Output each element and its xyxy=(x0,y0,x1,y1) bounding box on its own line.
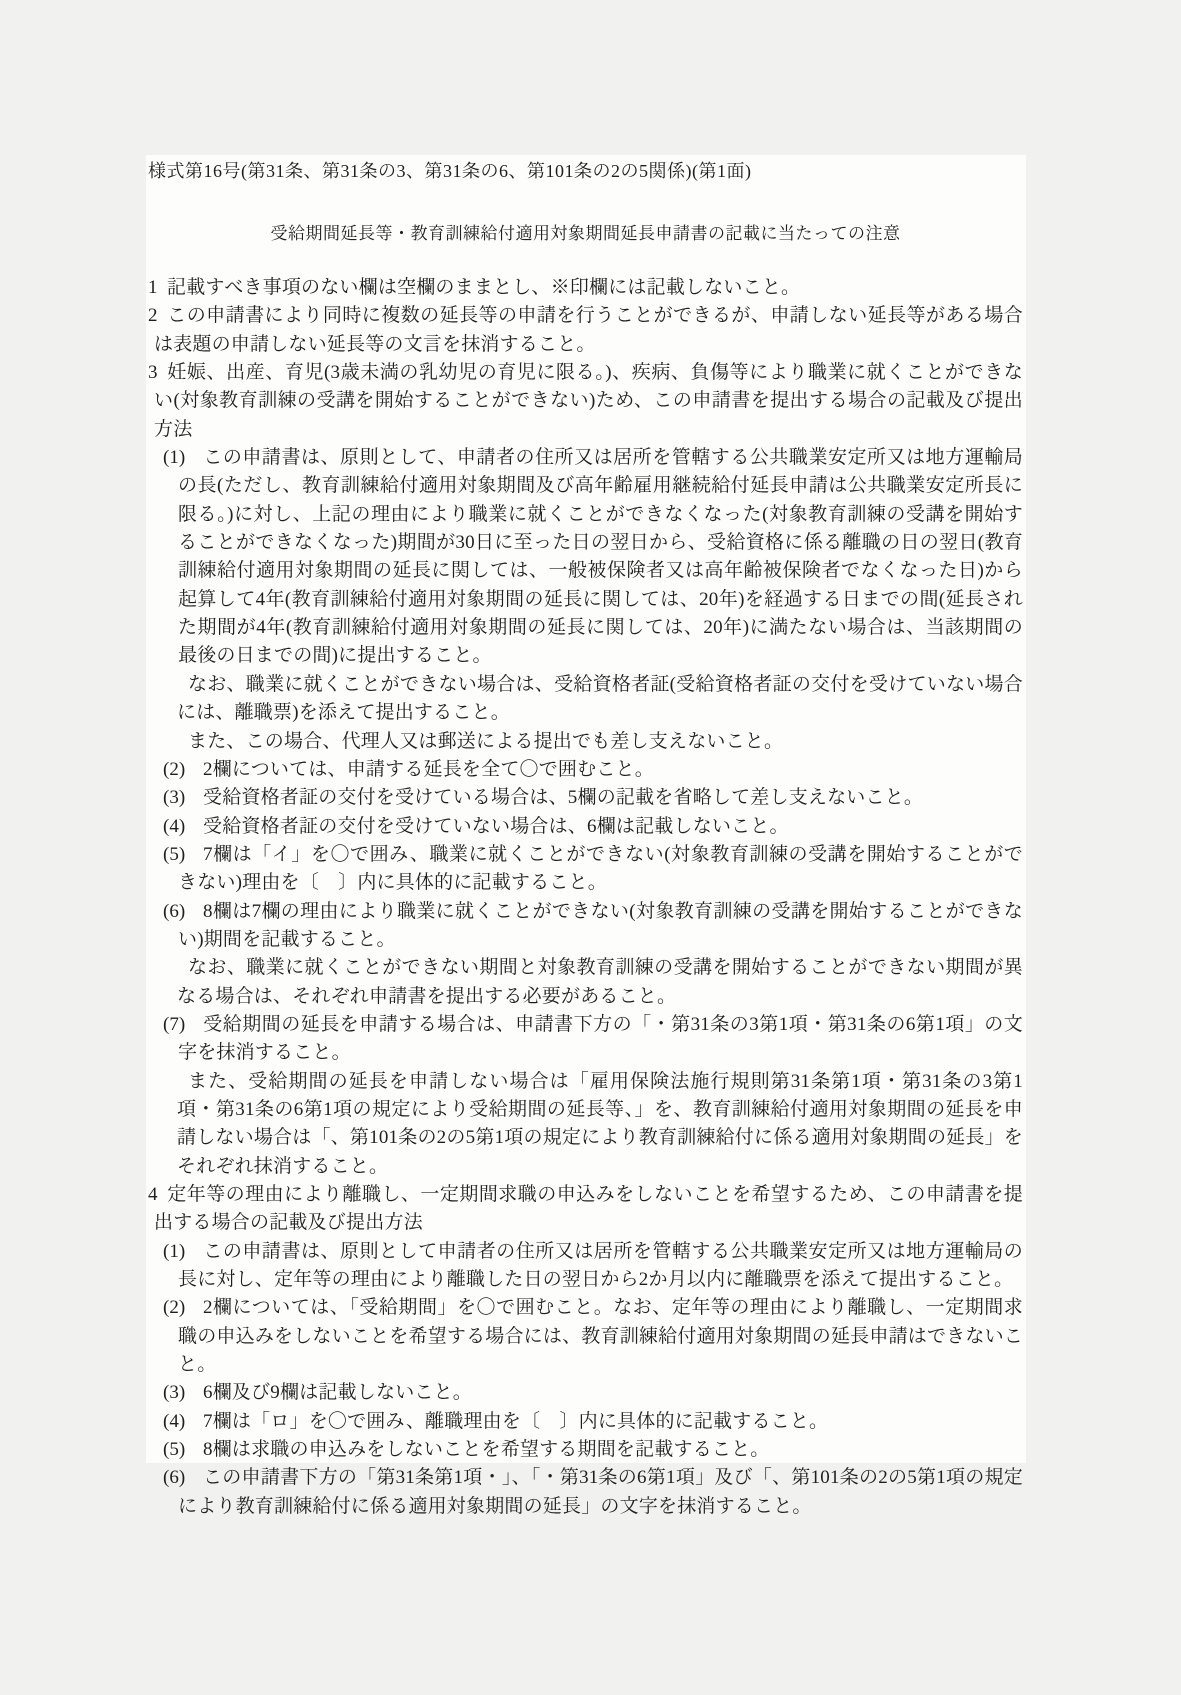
instruction-item: (1)この申請書は、原則として申請者の住所又は居所を管轄する公共職業安定所又は地… xyxy=(148,1238,1023,1295)
item-text: この申請書は、原則として申請者の住所又は居所を管轄する公共職業安定所又は地方運輸… xyxy=(178,1241,1023,1290)
item-text: 6欄及び9欄は記載しないこと。 xyxy=(203,1382,472,1403)
instruction-item: なお、職業に就くことができない期間と対象教育訓練の受講を開始することができない期… xyxy=(148,954,1023,1011)
instruction-item: また、受給期間の延長を申請しない場合は「雇用保険法施行規則第31条第1項・第31… xyxy=(148,1068,1023,1181)
item-marker: 2 xyxy=(148,302,167,330)
instruction-item: (4)7欄は「ロ」を〇で囲み、離職理由を〔 〕内に具体的に記載すること。 xyxy=(148,1408,1023,1436)
instruction-item: (6)この申請書下方の「第31条第1項・」、「・第31条の6第1項」及び「、第1… xyxy=(148,1464,1023,1521)
item-marker: (7) xyxy=(163,1011,203,1039)
instruction-item: (3)受給資格者証の交付を受けている場合は、5欄の記載を省略して差し支えないこと… xyxy=(148,784,1023,812)
instruction-item: (5)8欄は求職の申込みをしないことを希望する期間を記載すること。 xyxy=(148,1436,1023,1464)
item-marker: (4) xyxy=(163,813,203,841)
item-marker: 4 xyxy=(148,1181,167,1209)
item-marker: (5) xyxy=(163,841,203,869)
instruction-item: また、この場合、代理人又は郵送による提出でも差し支えないこと。 xyxy=(148,728,1023,756)
item-text: 8欄は7欄の理由により職業に就くことができない(対象教育訓練の受講を開始すること… xyxy=(178,901,1023,950)
instruction-item: (1)この申請書は、原則として、申請者の住所又は居所を管轄する公共職業安定所又は… xyxy=(148,444,1023,671)
instruction-item: (2)2欄については、「受給期間」を〇で囲むこと。なお、定年等の理由により離職し… xyxy=(148,1294,1023,1379)
instruction-item: 1記載すべき事項のない欄は空欄のままとし、※印欄には記載しないこと。 xyxy=(148,274,1023,302)
item-text: なお、職業に就くことができない場合は、受給資格者証(受給資格者証の交付を受けてい… xyxy=(177,674,1023,723)
item-text: 受給資格者証の交付を受けている場合は、5欄の記載を省略して差し支えないこと。 xyxy=(203,787,923,808)
instruction-item: (2)2欄については、申請する延長を全て〇で囲むこと。 xyxy=(148,756,1023,784)
item-text: 7欄は「イ」を〇で囲み、職業に就くことができない(対象教育訓練の受講を開始するこ… xyxy=(178,844,1023,893)
item-text: また、この場合、代理人又は郵送による提出でも差し支えないこと。 xyxy=(188,731,783,752)
item-text: 記載すべき事項のない欄は空欄のままとし、※印欄には記載しないこと。 xyxy=(167,277,800,298)
item-text: 受給期間の延長を申請する場合は、申請書下方の「・第31条の3第1項・第31条の6… xyxy=(178,1014,1023,1063)
item-text: 定年等の理由により離職し、一定期間求職の申込みをしないことを希望するため、この申… xyxy=(154,1184,1023,1233)
instruction-item: (3)6欄及び9欄は記載しないこと。 xyxy=(148,1379,1023,1407)
instruction-item: 3妊娠、出産、育児(3歳未満の乳幼児の育児に限る。)、疾病、負傷等により職業に就… xyxy=(148,359,1023,444)
page-title: 受給期間延長等・教育訓練給付適用対象期間延長申請書の記載に当たっての注意 xyxy=(148,221,1023,247)
instruction-item: (5)7欄は「イ」を〇で囲み、職業に就くことができない(対象教育訓練の受講を開始… xyxy=(148,841,1023,898)
item-text: 受給資格者証の交付を受けていない場合は、6欄は記載しないこと。 xyxy=(203,816,789,837)
item-text: 2欄については、申請する延長を全て〇で囲むこと。 xyxy=(203,759,654,780)
item-marker: (1) xyxy=(163,444,203,472)
item-text: この申請書下方の「第31条第1項・」、「・第31条の6第1項」及び「、第101条… xyxy=(178,1467,1023,1516)
item-text: また、受給期間の延長を申請しない場合は「雇用保険法施行規則第31条第1項・第31… xyxy=(177,1071,1023,1177)
item-marker: (2) xyxy=(163,1294,203,1322)
item-text: 7欄は「ロ」を〇で囲み、離職理由を〔 〕内に具体的に記載すること。 xyxy=(203,1411,828,1432)
item-marker: (6) xyxy=(163,898,203,926)
document-content: 様式第16号(第31条、第31条の3、第31条の6、第101条の2の5関係)(第… xyxy=(148,157,1023,1521)
item-marker: (5) xyxy=(163,1436,203,1464)
item-text: なお、職業に就くことができない期間と対象教育訓練の受講を開始することができない期… xyxy=(177,957,1023,1006)
item-marker: 3 xyxy=(148,359,167,387)
item-text: 2欄については、「受給期間」を〇で囲むこと。なお、定年等の理由により離職し、一定… xyxy=(178,1297,1023,1375)
document-page: 様式第16号(第31条、第31条の3、第31条の6、第101条の2の5関係)(第… xyxy=(0,0,1181,1695)
form-number-header: 様式第16号(第31条、第31条の3、第31条の6、第101条の2の5関係)(第… xyxy=(148,157,1023,185)
item-marker: (1) xyxy=(163,1238,203,1266)
instruction-item: (6)8欄は7欄の理由により職業に就くことができない(対象教育訓練の受講を開始す… xyxy=(148,898,1023,955)
item-marker: (3) xyxy=(163,1379,203,1407)
item-text: この申請書により同時に複数の延長等の申請を行うことができるが、申請しない延長等が… xyxy=(154,305,1023,354)
item-marker: (2) xyxy=(163,756,203,784)
item-marker: (3) xyxy=(163,784,203,812)
item-marker: 1 xyxy=(148,274,167,302)
instruction-item: (4)受給資格者証の交付を受けていない場合は、6欄は記載しないこと。 xyxy=(148,813,1023,841)
instruction-item: 2この申請書により同時に複数の延長等の申請を行うことができるが、申請しない延長等… xyxy=(148,302,1023,359)
instruction-list: 1記載すべき事項のない欄は空欄のままとし、※印欄には記載しないこと。2この申請書… xyxy=(148,274,1023,1521)
item-text: 8欄は求職の申込みをしないことを希望する期間を記載すること。 xyxy=(203,1439,770,1460)
instruction-item: (7)受給期間の延長を申請する場合は、申請書下方の「・第31条の3第1項・第31… xyxy=(148,1011,1023,1068)
item-marker: (6) xyxy=(163,1464,203,1492)
item-marker: (4) xyxy=(163,1408,203,1436)
instruction-item: なお、職業に就くことができない場合は、受給資格者証(受給資格者証の交付を受けてい… xyxy=(148,671,1023,728)
instruction-item: 4定年等の理由により離職し、一定期間求職の申込みをしないことを希望するため、この… xyxy=(148,1181,1023,1238)
item-text: この申請書は、原則として、申請者の住所又は居所を管轄する公共職業安定所又は地方運… xyxy=(178,447,1023,666)
item-text: 妊娠、出産、育児(3歳未満の乳幼児の育児に限る。)、疾病、負傷等により職業に就く… xyxy=(154,362,1023,440)
